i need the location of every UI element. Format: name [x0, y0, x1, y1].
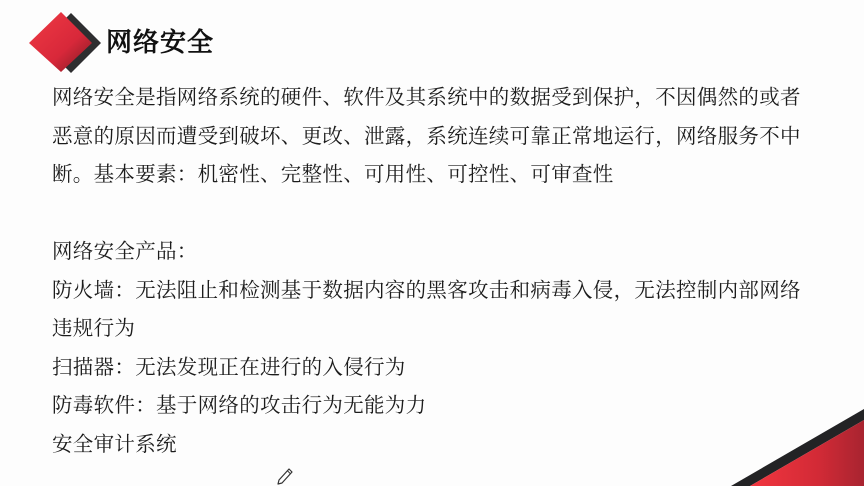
- paragraph-line: 断。基本要素：机密性、完整性、可用性、可控性、可审查性: [52, 155, 852, 194]
- paragraph-line: 恶意的原因而遭受到破坏、更改、泄露，系统连续可靠正常地运行，网络服务不中: [52, 117, 852, 156]
- slide-title: 网络安全: [106, 26, 214, 60]
- products-heading: 网络安全产品：: [52, 232, 852, 271]
- paragraph-line: 网络安全是指网络系统的硬件、软件及其系统中的数据受到保护，不因偶然的或者: [52, 78, 852, 117]
- product-firewall: 防火墙：无法阻止和检测基于数据内容的黑客攻击和病毒入侵，无法控制内部网络: [52, 271, 852, 310]
- slide-content: 网络安全是指网络系统的硬件、软件及其系统中的数据受到保护，不因偶然的或者 恶意的…: [52, 78, 852, 463]
- product-scanner: 扫描器：无法发现正在进行的入侵行为: [52, 348, 852, 387]
- red-diamond-logo-icon: [0, 0, 110, 80]
- product-audit-system: 安全审计系统: [52, 425, 852, 464]
- spacer: [52, 194, 852, 233]
- product-firewall-cont: 违规行为: [52, 309, 852, 348]
- product-antivirus: 防毒软件：基于网络的攻击行为无能为力: [52, 386, 852, 425]
- pen-cursor-icon: [274, 466, 296, 486]
